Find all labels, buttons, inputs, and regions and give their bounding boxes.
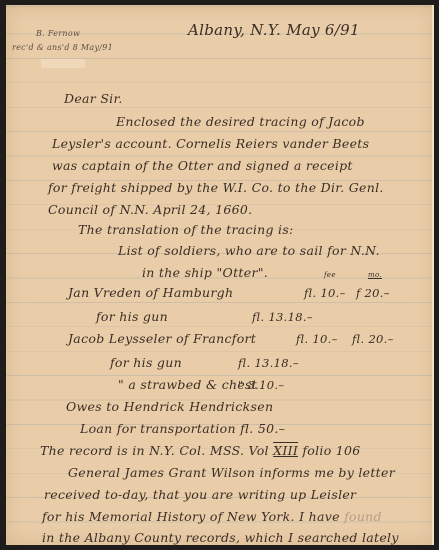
record-line-suffix: folio 106 [302, 443, 360, 458]
marginal-note-name: B. Fernow [36, 29, 80, 38]
dateline: Albany, N.Y. May 6/91 [188, 21, 360, 39]
paragraph1-line5: Council of N.N. April 24, 1660. [48, 202, 252, 217]
record-line-prefix: The record is in N.Y. Col. MSS. Vol [40, 443, 269, 458]
paragraph2-line3-text: for his Memorial History of New York. I … [42, 509, 340, 524]
owes-line: Owes to Hendrick Hendricksen [66, 399, 273, 414]
ledger-row-1-amount-month: f 20.– [356, 286, 390, 300]
list-subtitle: in the ship "Otter". [142, 265, 268, 280]
paragraph1-line2: Leysler's account. Cornelis Reiers vande… [52, 136, 369, 151]
faded-stamp [41, 59, 85, 68]
record-line: The record is in N.Y. Col. MSS. Vol XIII… [40, 443, 361, 458]
column-header-month: mo. [368, 271, 382, 279]
ledger-row-5-amount: " 3.10.– [238, 378, 284, 392]
salutation: Dear Sir. [64, 91, 123, 106]
ledger-row-2-label: for his gun [96, 309, 168, 324]
paragraph2-line2: received to-day, that you are writing up… [44, 487, 356, 502]
column-header-fee: fee [324, 271, 336, 279]
ledger-row-5-label: " a strawbed & chest [118, 377, 257, 392]
record-line-volume: XIII [273, 443, 298, 458]
list-title: List of soldiers, who are to sail for N.… [118, 243, 380, 258]
page-edge [432, 5, 434, 545]
translation-intro: The translation of the tracing is: [78, 222, 294, 237]
ledger-row-2-amount: fl. 13.18.– [252, 310, 313, 324]
ledger-row-4-label: for his gun [110, 355, 182, 370]
ledger-row-1-amount-fee: fl. 10.– [304, 286, 346, 300]
ledger-row-3-amount-fee: fl. 10.– [296, 332, 338, 346]
paragraph2-line1: General James Grant Wilson informs me by… [68, 465, 395, 480]
ledger-row-3-amount-month: fl. 20.– [352, 332, 394, 346]
paragraph1-line3: was captain of the Otter and signed a re… [52, 158, 353, 173]
ledger-row-3-label: Jacob Leysseler of Francfort [68, 331, 256, 346]
paragraph1-line4: for freight shipped by the W.I. Co. to t… [48, 180, 384, 195]
ledger-row-1-label: Jan Vreden of Hamburgh [68, 285, 233, 300]
letter-page: B. Fernow rec'd & ans'd 8 May/91 Albany,… [6, 5, 434, 545]
paragraph1-line1: Enclosed the desired tracing of Jacob [116, 114, 365, 129]
paragraph2-line3: for his Memorial History of New York. I … [42, 509, 382, 524]
paragraph2-faded-word: found [344, 509, 382, 524]
paragraph2-line4: in the Albany County records, which I se… [42, 530, 399, 545]
loan-line: Loan for transportation fl. 50.– [80, 421, 285, 436]
ledger-row-4-amount: fl. 13.18.– [238, 356, 299, 370]
marginal-note-received: rec'd & ans'd 8 May/91 [12, 43, 113, 52]
